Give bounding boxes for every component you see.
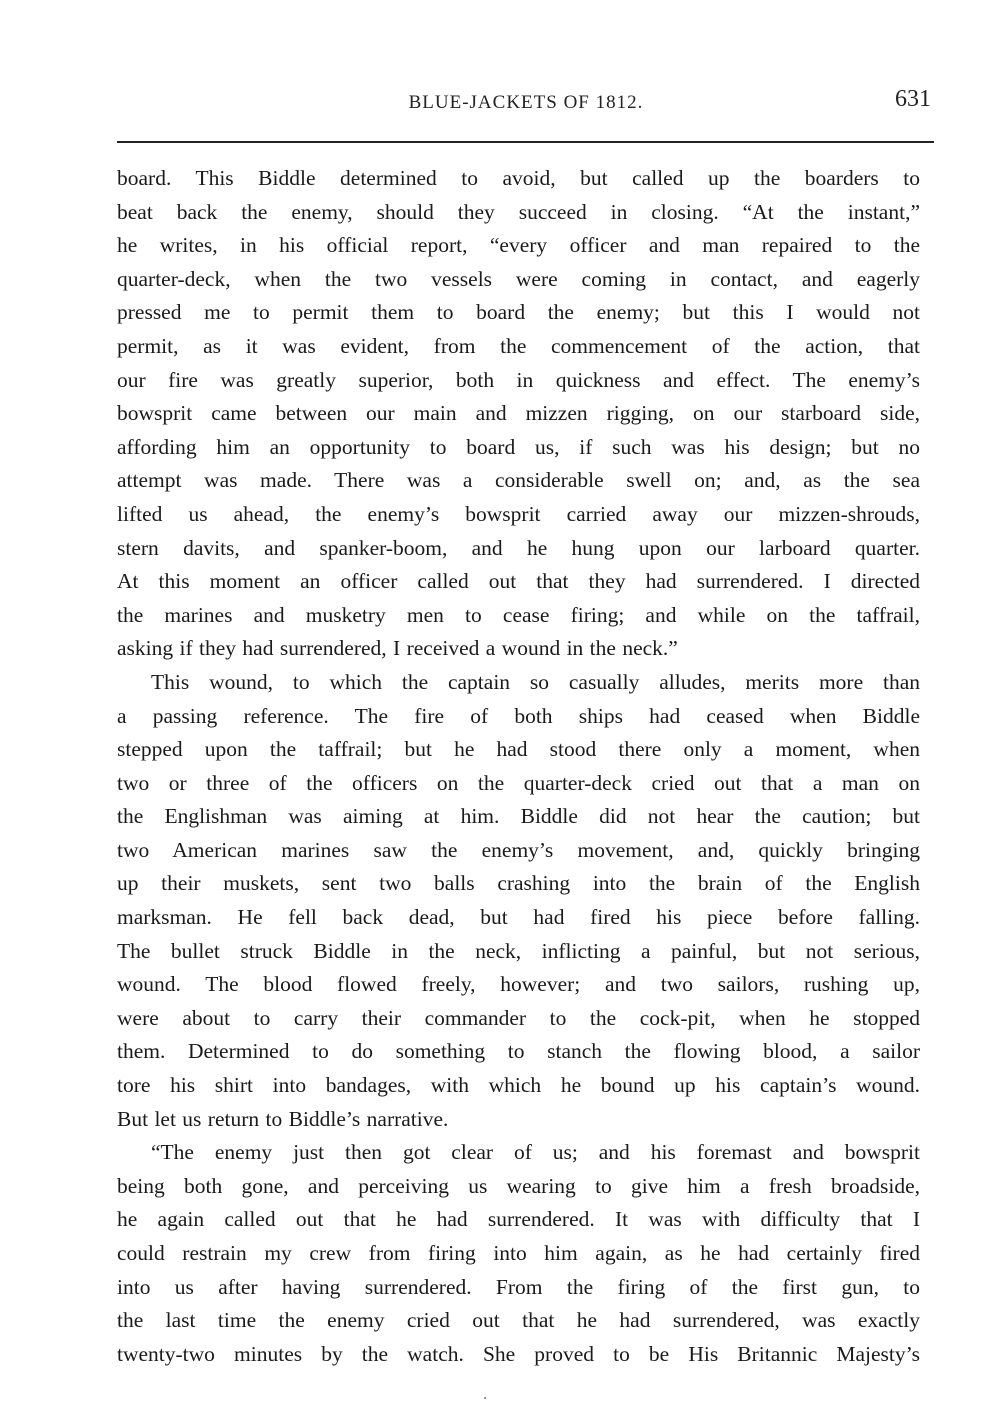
text-line: he again called out that he had surrende… bbox=[117, 1203, 920, 1237]
text-line: This wound, to which the captain so casu… bbox=[117, 666, 920, 700]
text-line-content: board. This Biddle determined to avoid, … bbox=[117, 162, 920, 196]
text-line: At this moment an officer called out tha… bbox=[117, 565, 920, 599]
text-line-content: them. Determined to do something to stan… bbox=[117, 1035, 920, 1069]
text-line-content: he again called out that he had surrende… bbox=[117, 1203, 920, 1237]
text-line-content: tore his shirt into bandages, with which… bbox=[117, 1069, 920, 1103]
text-line: “The enemy just then got clear of us; an… bbox=[117, 1136, 920, 1170]
text-line: two American marines saw the enemy’s mov… bbox=[117, 834, 920, 868]
text-line: the last time the enemy cried out that h… bbox=[117, 1304, 920, 1338]
text-line-content: into us after having surrendered. From t… bbox=[117, 1271, 920, 1305]
text-line: marksman. He fell back dead, but had fir… bbox=[117, 901, 920, 935]
text-line: asking if they had surrendered, I receiv… bbox=[117, 632, 920, 666]
text-line-content: up their muskets, sent two balls crashin… bbox=[117, 867, 920, 901]
text-line-content: the last time the enemy cried out that h… bbox=[117, 1304, 920, 1338]
text-line-content: But let us return to Biddle’s narrative. bbox=[117, 1103, 920, 1137]
text-line-content: asking if they had surrendered, I receiv… bbox=[117, 632, 920, 666]
text-line: But let us return to Biddle’s narrative. bbox=[117, 1103, 920, 1137]
text-line: wound. The blood flowed freely, however;… bbox=[117, 968, 920, 1002]
text-line: the marines and musketry men to cease fi… bbox=[117, 599, 920, 633]
text-line-content: our fire was greatly superior, both in q… bbox=[117, 364, 920, 398]
page-number: 631 bbox=[895, 86, 931, 113]
text-line: quarter-deck, when the two vessels were … bbox=[117, 263, 920, 297]
text-line-content: The bullet struck Biddle in the neck, in… bbox=[117, 935, 920, 969]
text-line: stepped upon the taffrail; but he had st… bbox=[117, 733, 920, 767]
text-line-content: beat back the enemy, should they succeed… bbox=[117, 196, 920, 230]
text-line: could restrain my crew from firing into … bbox=[117, 1237, 920, 1271]
text-line-content: “The enemy just then got clear of us; an… bbox=[151, 1136, 920, 1170]
text-line: up their muskets, sent two balls crashin… bbox=[117, 867, 920, 901]
text-line-content: attempt was made. There was a considerab… bbox=[117, 464, 920, 498]
text-line-content: the marines and musketry men to cease fi… bbox=[117, 599, 920, 633]
body-text: board. This Biddle determined to avoid, … bbox=[117, 162, 920, 1371]
text-line-content: This wound, to which the captain so casu… bbox=[151, 666, 920, 700]
text-line: affording him an opportunity to board us… bbox=[117, 431, 920, 465]
text-line-content: a passing reference. The fire of both sh… bbox=[117, 700, 920, 734]
text-line-content: At this moment an officer called out tha… bbox=[117, 565, 920, 599]
text-line: were about to carry their commander to t… bbox=[117, 1002, 920, 1036]
text-line-content: quarter-deck, when the two vessels were … bbox=[117, 263, 920, 297]
running-head: BLUE-JACKETS OF 1812. 631 bbox=[117, 86, 935, 116]
text-line: them. Determined to do something to stan… bbox=[117, 1035, 920, 1069]
text-line-content: two or three of the officers on the quar… bbox=[117, 767, 920, 801]
text-line: two or three of the officers on the quar… bbox=[117, 767, 920, 801]
text-line-content: permit, as it was evident, from the comm… bbox=[117, 330, 920, 364]
text-line: pressed me to permit them to board the e… bbox=[117, 296, 920, 330]
text-line: the Englishman was aiming at him. Biddle… bbox=[117, 800, 920, 834]
text-line-content: twenty-two minutes by the watch. She pro… bbox=[117, 1338, 920, 1372]
text-line: being both gone, and perceiving us weari… bbox=[117, 1170, 920, 1204]
text-line-content: lifted us ahead, the enemy’s bowsprit ca… bbox=[117, 498, 920, 532]
text-line-content: bowsprit came between our main and mizze… bbox=[117, 397, 920, 431]
text-line: a passing reference. The fire of both sh… bbox=[117, 700, 920, 734]
text-line: board. This Biddle determined to avoid, … bbox=[117, 162, 920, 196]
book-page: BLUE-JACKETS OF 1812. 631 board. This Bi… bbox=[0, 0, 1000, 1408]
text-line: into us after having surrendered. From t… bbox=[117, 1271, 920, 1305]
text-line: twenty-two minutes by the watch. She pro… bbox=[117, 1338, 920, 1372]
text-line: beat back the enemy, should they succeed… bbox=[117, 196, 920, 230]
text-line-content: stepped upon the taffrail; but he had st… bbox=[117, 733, 920, 767]
text-line: he writes, in his official report, “ever… bbox=[117, 229, 920, 263]
running-title: BLUE-JACKETS OF 1812. bbox=[117, 92, 935, 114]
text-line-content: marksman. He fell back dead, but had fir… bbox=[117, 901, 920, 935]
text-line-content: he writes, in his official report, “ever… bbox=[117, 229, 920, 263]
text-line-content: the Englishman was aiming at him. Biddle… bbox=[117, 800, 920, 834]
text-line: permit, as it was evident, from the comm… bbox=[117, 330, 920, 364]
text-line: The bullet struck Biddle in the neck, in… bbox=[117, 935, 920, 969]
text-line-content: stern davits, and spanker-boom, and he h… bbox=[117, 532, 920, 566]
text-line-content: could restrain my crew from firing into … bbox=[117, 1237, 920, 1271]
text-line: attempt was made. There was a considerab… bbox=[117, 464, 920, 498]
text-line: our fire was greatly superior, both in q… bbox=[117, 364, 920, 398]
text-line-content: being both gone, and perceiving us weari… bbox=[117, 1170, 920, 1204]
print-speck bbox=[484, 1397, 486, 1399]
text-line: stern davits, and spanker-boom, and he h… bbox=[117, 532, 920, 566]
text-line-content: wound. The blood flowed freely, however;… bbox=[117, 968, 920, 1002]
text-line-content: two American marines saw the enemy’s mov… bbox=[117, 834, 920, 868]
text-line: bowsprit came between our main and mizze… bbox=[117, 397, 920, 431]
text-line-content: affording him an opportunity to board us… bbox=[117, 431, 920, 465]
text-line: tore his shirt into bandages, with which… bbox=[117, 1069, 920, 1103]
text-line-content: were about to carry their commander to t… bbox=[117, 1002, 920, 1036]
text-line: lifted us ahead, the enemy’s bowsprit ca… bbox=[117, 498, 920, 532]
header-rule bbox=[117, 141, 934, 143]
text-line-content: pressed me to permit them to board the e… bbox=[117, 296, 920, 330]
